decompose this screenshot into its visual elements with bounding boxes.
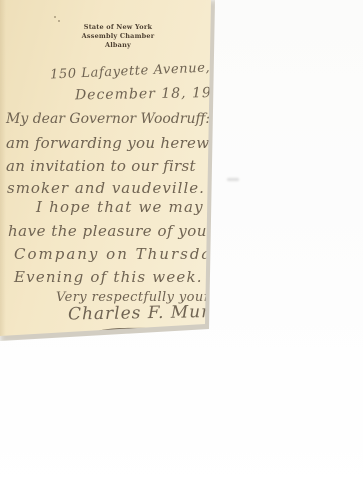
letterhead-line-state: State of New York <box>58 23 178 32</box>
letterhead-line-chamber: Assembly Chamber <box>58 32 178 41</box>
body-line: Evening of this week. <box>14 267 203 287</box>
letter-paper: State of New York Assembly Chamber Alban… <box>0 0 216 340</box>
body-line: Company on Thursday <box>14 244 223 264</box>
body-line: smoker and vaudeville. <box>7 178 205 198</box>
ink-speck <box>54 16 56 18</box>
letterhead-line-city: Albany <box>58 41 178 50</box>
body-line: an invitation to our first <box>6 156 196 176</box>
ink-speck <box>58 20 60 22</box>
body-line: am forwarding you herewith <box>6 133 231 153</box>
body-line: My dear Governor Woodruff:— I <box>6 109 234 129</box>
background-smudge <box>227 178 239 181</box>
body-line: have the pleasure of your <box>8 221 215 241</box>
body-line: I hope that we may <box>36 197 204 217</box>
letterhead: State of New York Assembly Chamber Alban… <box>58 23 178 50</box>
